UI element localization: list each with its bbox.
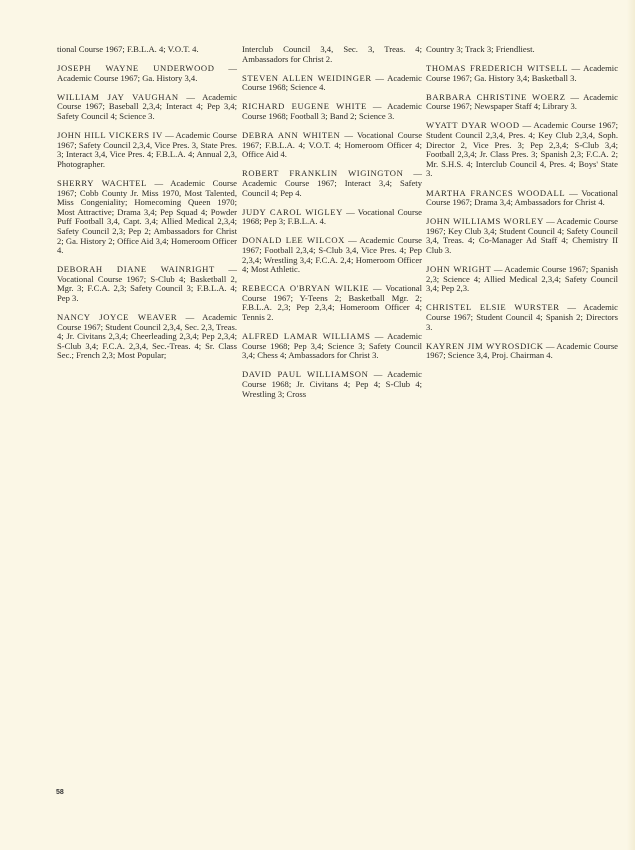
student-name: SHERRY WACHTEL: [57, 178, 147, 188]
student-name: NANCY JOYCE WEAVER: [57, 312, 177, 322]
senior-entry: DONALD LEE WILCOX — Academic Course 1967…: [242, 236, 422, 274]
student-name: CHRISTEL ELSIE WURSTER: [426, 302, 560, 312]
senior-entry: DEBRA ANN WHITEN — Vocational Course 196…: [242, 131, 422, 160]
student-name: DEBORAH DIANE WAINRIGHT: [57, 264, 215, 274]
senior-entry: KAYREN JIM WYROSDICK — Academic Course 1…: [426, 342, 618, 361]
page-number: 58: [56, 789, 64, 796]
senior-entry: BARBARA CHRISTINE WOERZ — Academic Cours…: [426, 93, 618, 112]
senior-entry: SHERRY WACHTEL — Academic Course 1967; C…: [57, 179, 237, 256]
student-name: JOHN WRIGHT: [426, 264, 491, 274]
student-name: DAVID PAUL WILLIAMSON: [242, 369, 368, 379]
senior-entry: JOHN HILL VICKERS IV — Academic Course 1…: [57, 131, 237, 169]
column-1: tional Course 1967; F.B.L.A. 4; V.O.T. 4…: [57, 45, 237, 371]
student-name: STEVEN ALLEN WEIDINGER: [242, 73, 372, 83]
senior-entry: JOHN WRIGHT — Academic Course 1967; Span…: [426, 265, 618, 294]
student-name: JOSEPH WAYNE UNDERWOOD: [57, 63, 215, 73]
senior-entry: ROBERT FRANKLIN WIGINGTON — Academic Cou…: [242, 169, 422, 198]
senior-entry: THOMAS FREDERICH WITSELL — Academic Cour…: [426, 64, 618, 83]
student-name: JUDY CAROL WIGLEY: [242, 207, 343, 217]
senior-entry: JOHN WILLIAMS WORLEY — Academic Course 1…: [426, 217, 618, 255]
senior-entry: DAVID PAUL WILLIAMSON — Academic Course …: [242, 370, 422, 399]
student-name: BARBARA CHRISTINE WOERZ: [426, 92, 566, 102]
senior-entry: JOSEPH WAYNE UNDERWOOD — Academic Course…: [57, 64, 237, 83]
student-name: REBECCA O'BRYAN WILKIE: [242, 283, 369, 293]
senior-entry: MARTHA FRANCES WOODALL — Vocational Cour…: [426, 189, 618, 208]
student-name: ROBERT FRANKLIN WIGINGTON: [242, 168, 403, 178]
senior-entry: NANCY JOYCE WEAVER — Academic Course 196…: [57, 313, 237, 361]
student-name: ALFRED LAMAR WILLIAMS: [242, 331, 370, 341]
student-name: KAYREN JIM WYROSDICK: [426, 341, 544, 351]
page-edge: [627, 0, 635, 850]
column-3: Country 3; Track 3; Friendliest. THOMAS …: [426, 45, 618, 370]
student-name: WYATT DYAR WOOD: [426, 120, 520, 130]
student-name: WILLIAM JAY VAUGHAN: [57, 92, 179, 102]
entry-continuation: tional Course 1967; F.B.L.A. 4; V.O.T. 4…: [57, 45, 237, 55]
column-2: Interclub Council 3,4, Sec. 3, Treas. 4;…: [242, 45, 422, 409]
student-name: THOMAS FREDERICH WITSELL: [426, 63, 568, 73]
senior-entry: RICHARD EUGENE WHITE — Academic Course 1…: [242, 102, 422, 121]
senior-entry: JUDY CAROL WIGLEY — Vocational Course 19…: [242, 208, 422, 227]
senior-entry: ALFRED LAMAR WILLIAMS — Academic Course …: [242, 332, 422, 361]
student-name: JOHN WILLIAMS WORLEY: [426, 216, 544, 226]
student-name: DONALD LEE WILCOX: [242, 235, 345, 245]
student-name: MARTHA FRANCES WOODALL: [426, 188, 565, 198]
senior-entry: WYATT DYAR WOOD — Academic Course 1967; …: [426, 121, 618, 179]
senior-entry: WILLIAM JAY VAUGHAN — Academic Course 19…: [57, 93, 237, 122]
senior-entry: REBECCA O'BRYAN WILKIE — Vocational Cour…: [242, 284, 422, 322]
entry-continuation: Interclub Council 3,4, Sec. 3, Treas. 4;…: [242, 45, 422, 64]
student-name: RICHARD EUGENE WHITE: [242, 101, 367, 111]
entry-continuation: Country 3; Track 3; Friendliest.: [426, 45, 618, 55]
senior-entry: STEVEN ALLEN WEIDINGER — Academic Course…: [242, 74, 422, 93]
student-name: DEBRA ANN WHITEN: [242, 130, 340, 140]
student-name: JOHN HILL VICKERS IV: [57, 130, 163, 140]
senior-entry: CHRISTEL ELSIE WURSTER — Academic Course…: [426, 303, 618, 332]
senior-entry: DEBORAH DIANE WAINRIGHT — Vocational Cou…: [57, 265, 237, 303]
student-activities: — Academic Course 1967; Cobb County Jr. …: [57, 178, 237, 255]
student-activities: — Academic Course 1967; Student Council …: [426, 120, 618, 178]
